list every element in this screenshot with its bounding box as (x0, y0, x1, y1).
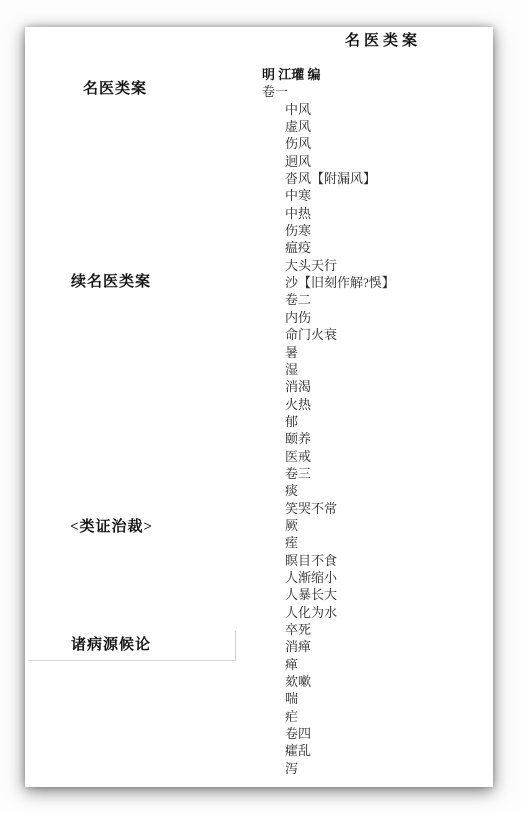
toc-entry: 命门火衰 (262, 326, 487, 343)
toc-entry: 沓风【附漏风】 (262, 170, 487, 187)
toc-entry: 喘 (262, 690, 487, 707)
toc-entry: 医戒 (262, 448, 487, 465)
toc-entry: 迥风 (262, 153, 487, 170)
toc-entry: 泻 (262, 760, 487, 777)
toc-entry: 伤寒 (262, 222, 487, 239)
toc-volume-heading: 卷二 (262, 291, 487, 308)
toc-volume-heading: 卷四 (262, 725, 487, 742)
toc-entry: 疟 (262, 708, 487, 725)
toc-entry: 欬嗽 (262, 673, 487, 690)
toc-entry: 癨乱 (262, 742, 487, 759)
toc-entry: 大头天行 (262, 257, 487, 274)
document-page: 名医类案 名医类案续名医类案<类证治裁>诸病源候论 明 江瓘 编卷一中风虚风伤风… (25, 27, 493, 787)
toc-entry: 瘟疫 (262, 239, 487, 256)
toc-entry: 沙【旧刻作解?悞】 (262, 274, 487, 291)
toc-entry: 人化为水 (262, 604, 487, 621)
toc-entry: 人渐缩小 (262, 569, 487, 586)
toc-entry: 消瘅 (262, 638, 487, 655)
book-title-label: <类证治裁> (70, 520, 153, 535)
toc-entry: 内伤 (262, 309, 487, 326)
toc-entry: 厥 (262, 517, 487, 534)
toc-entry: 卒死 (262, 621, 487, 638)
toc-entry: 人暴长大 (262, 586, 487, 603)
toc-entry: 中风 (262, 101, 487, 118)
toc-entry: 瘅 (262, 656, 487, 673)
book-title-label: 名医类案 (83, 82, 147, 97)
toc-entry: 虚风 (262, 118, 487, 135)
toc-volume-heading: 卷一 (262, 83, 487, 100)
toc-entry: 暑 (262, 344, 487, 361)
document-title: 名医类案 (345, 34, 421, 49)
toc-entry: 笑哭不常 (262, 500, 487, 517)
toc-entry: 颐养 (262, 430, 487, 447)
toc-volume-heading: 卷三 (262, 465, 487, 482)
toc-entry: 瞑目不食 (262, 552, 487, 569)
toc-entry: 中热 (262, 205, 487, 222)
book-title-label: 诸病源候论 (71, 638, 151, 653)
toc-entry: 中寒 (262, 187, 487, 204)
toc-entry: 湿 (262, 361, 487, 378)
toc-list: 明 江瓘 编卷一中风虚风伤风迥风沓风【附漏风】中寒中热伤寒瘟疫大头天行沙【旧刻作… (262, 66, 487, 777)
byline: 明 江瓘 编 (262, 66, 487, 83)
toc-entry: 伤风 (262, 135, 487, 152)
toc-entry: 郁 (262, 413, 487, 430)
toc-entry: 火热 (262, 396, 487, 413)
book-title-label: 续名医类案 (71, 275, 151, 290)
toc-entry: 消渴 (262, 378, 487, 395)
viewer-background: 名医类案 名医类案续名医类案<类证治裁>诸病源候论 明 江瓘 编卷一中风虚风伤风… (0, 0, 521, 813)
toc-entry: 痓 (262, 534, 487, 551)
toc-entry: 痰 (262, 482, 487, 499)
